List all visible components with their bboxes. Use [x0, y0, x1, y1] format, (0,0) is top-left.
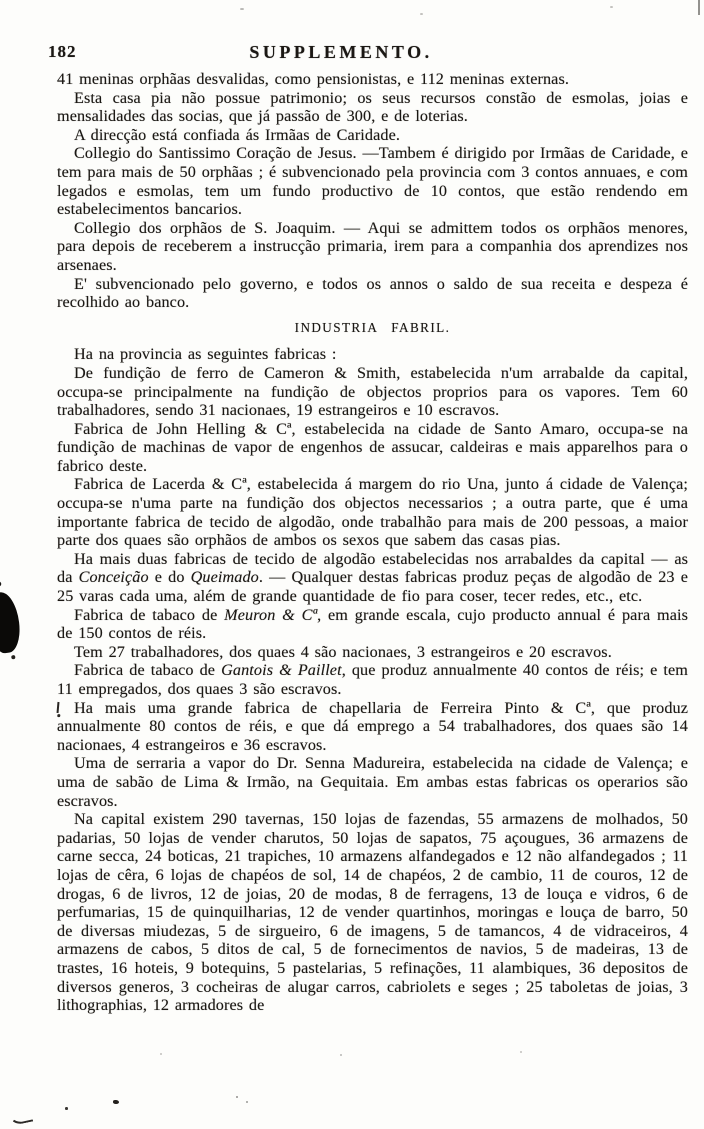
paragraph: A direcção está confiada ás Irmãas de Ca… — [57, 126, 688, 145]
scan-speck — [65, 1107, 68, 1110]
paragraph: Ha mais uma grande fabrica de chapellari… — [57, 699, 688, 755]
text-run: Fabrica de John Helling & Cª, estabeleci… — [57, 420, 688, 475]
text-run: Ha mais uma grande fabrica de chapellari… — [57, 699, 688, 754]
italic-text-run: Gantois & Paillet — [221, 661, 342, 679]
book-page: 182 SUPPLEMENTO. 41 meninas orphãas desv… — [0, 0, 704, 1129]
scan-speck — [610, 6, 613, 8]
paragraph: E' subvencionado pelo governo, e todos o… — [57, 275, 688, 312]
paragraph: Tem 27 trabalhadores, dos quaes 4 são na… — [57, 643, 688, 662]
paragraph: Collegio dos orphãos de S. Joaquim. — Aq… — [57, 219, 688, 275]
text-run: A direcção está confiada ás Irmãas de Ca… — [74, 126, 400, 144]
section-heading: INDUSTRIA FABRIL. — [57, 319, 688, 338]
text-run: Esta casa pia não possue patrimonio; os … — [57, 89, 688, 126]
ink-blob — [0, 590, 23, 654]
paragraph: Fabrica de John Helling & Cª, estabeleci… — [57, 420, 688, 476]
scan-speck — [246, 1101, 248, 1103]
paragraph: Fabrica de tabaco de Gantois & Paillet, … — [57, 661, 688, 698]
text-run: E' subvencionado pelo governo, e todos o… — [57, 275, 688, 312]
paragraph: Esta casa pia não possue patrimonio; os … — [57, 89, 688, 126]
paragraph: De fundição de ferro de Cameron & Smith,… — [57, 364, 688, 420]
paragraph: Fabrica de Lacerda & Cª, estabelecida á … — [57, 475, 688, 549]
scan-speck — [240, 8, 244, 10]
scan-speck — [520, 1051, 522, 1053]
running-title: SUPPLEMENTO. — [0, 42, 682, 63]
paragraph: 41 meninas orphãas desvalidas, como pens… — [57, 70, 688, 89]
paragraph: Collegio do Santissimo Coração de Jesus.… — [57, 144, 688, 218]
text-run: Fabrica de tabaco de — [74, 661, 221, 679]
page-header: 182 SUPPLEMENTO. — [0, 42, 704, 64]
scan-speck — [420, 13, 423, 15]
paragraph: Na capital existem 290 tavernas, 150 loj… — [57, 810, 688, 1015]
scan-edge-tick — [698, 0, 700, 15]
text-run: 41 meninas orphãas desvalidas, como pens… — [57, 70, 569, 88]
text-run: e do — [149, 568, 191, 586]
text-run: INDUSTRIA FABRIL. — [295, 320, 451, 335]
paragraph: Ha mais duas fabricas de tecido de algod… — [57, 550, 688, 606]
paragraph: Uma de serraria a vapor do Dr. Senna Mad… — [57, 754, 688, 810]
text-run: Ha na provincia as seguintes fabricas : — [74, 345, 337, 363]
scan-speck — [236, 1096, 238, 1098]
text-run: De fundição de ferro de Cameron & Smith,… — [57, 364, 688, 419]
scan-speck — [113, 1100, 119, 1104]
text-run: Fabrica de tabaco de — [74, 606, 224, 624]
text-run: Collegio do Santissimo Coração de Jesus.… — [57, 144, 688, 218]
text-run: Collegio dos orphãos de S. Joaquim. — Aq… — [57, 219, 688, 274]
italic-text-run: Queimado — [191, 568, 259, 586]
paragraph: Fabrica de tabaco de Meuron & Cª, em gra… — [57, 606, 688, 643]
italic-text-run: Conceição — [79, 568, 149, 586]
italic-text-run: Meuron & Cª — [224, 606, 317, 624]
pen-stroke-mark — [7, 1108, 33, 1127]
text-run: Tem 27 trabalhadores, dos quaes 4 são na… — [74, 643, 612, 661]
scan-speck — [160, 1053, 162, 1055]
text-run: Fabrica de Lacerda & Cª, estabelecida á … — [57, 475, 688, 549]
scan-speck — [340, 1054, 342, 1056]
text-run: Uma de serraria a vapor do Dr. Senna Mad… — [57, 754, 688, 809]
page-body: 41 meninas orphãas desvalidas, como pens… — [57, 70, 688, 1015]
text-run: Na capital existem 290 tavernas, 150 loj… — [57, 810, 688, 1014]
paragraph: Ha na provincia as seguintes fabricas : — [57, 345, 688, 364]
